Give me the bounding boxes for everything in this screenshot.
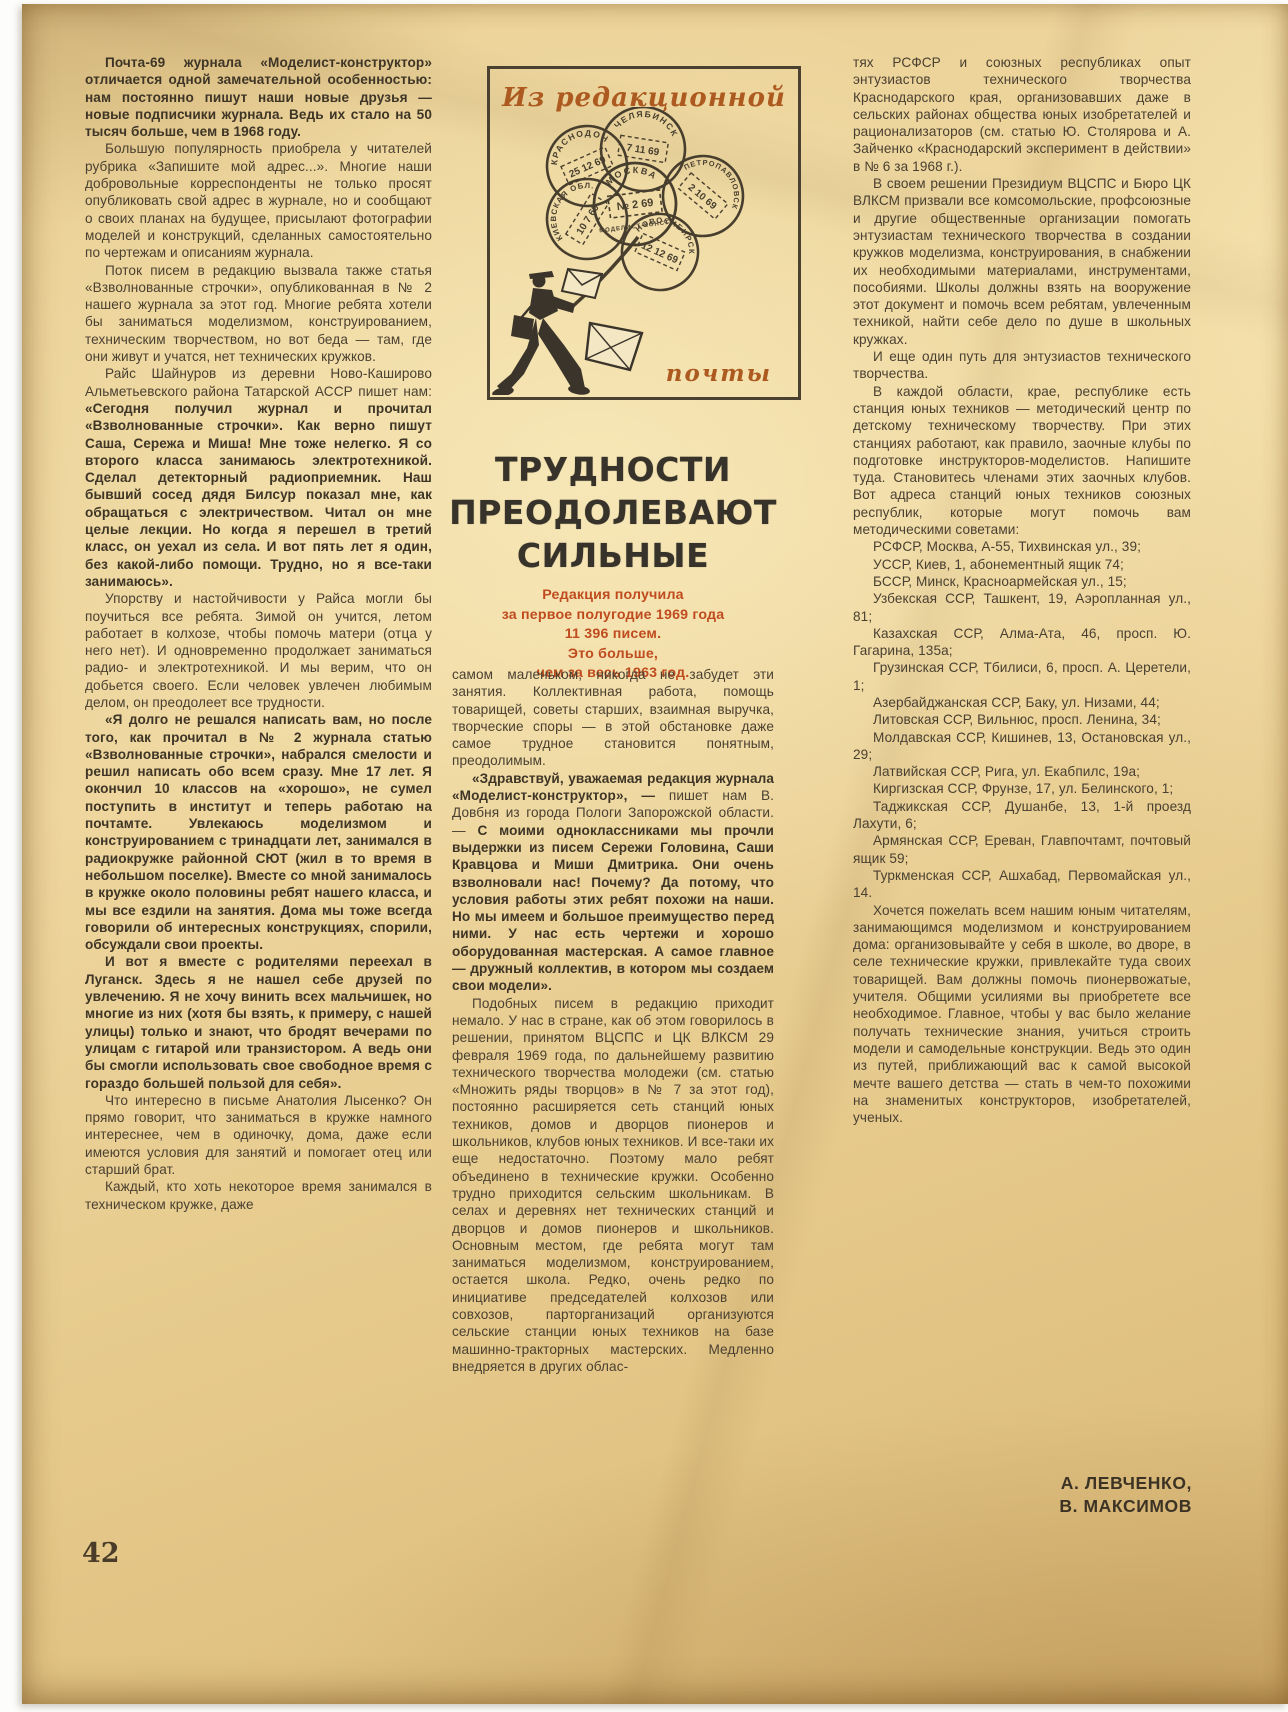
- column-left: Почта-69 журнала «Моделист-конструктор» …: [85, 54, 432, 1213]
- article-title: ТРУДНОСТИ ПРЕОДОЛЕВАЮТ СИЛЬНЫЕ: [448, 448, 778, 577]
- author-name: В. МАКСИМОВ: [900, 1495, 1192, 1518]
- paragraph: Что интересно в письме Анатолия Лысенко?…: [85, 1092, 432, 1178]
- text-run: Райс Шайнуров из деревни Ново-Каширово А…: [85, 366, 432, 398]
- paragraph: Подобных писем в редакцию приходит немал…: [452, 995, 774, 1376]
- column-middle: самом маленьком, никогда не забудет эти …: [452, 666, 774, 1375]
- author-name: А. ЛЕВЧЕНКО,: [900, 1472, 1192, 1495]
- editorial-mail-box: Из редакционной КРАСНОДОН 25 12 69 ЧЕЛЯБ…: [487, 66, 801, 400]
- address-item: Грузинская ССР, Тбилиси, 6, просп. А. Це…: [853, 659, 1191, 694]
- author-signature: А. ЛЕВЧЕНКО, В. МАКСИМОВ: [900, 1472, 1192, 1518]
- address-item: Армянская ССР, Ереван, Главпочтамт, почт…: [853, 832, 1191, 867]
- kite-envelope: [586, 323, 642, 370]
- address-item: Таджикская ССР, Душанбе, 13, 1-й проезд …: [853, 798, 1191, 833]
- paragraph: Упорству и настойчивости у Райса могли б…: [85, 590, 432, 711]
- page-number: 42: [82, 1538, 120, 1569]
- paragraph: Хочется пожелать всем нашим юным читател…: [853, 902, 1191, 1127]
- paragraph: самом маленьком, никогда не забудет эти …: [452, 666, 774, 770]
- postman-and-stamps-illustration: КРАСНОДОН 25 12 69 ЧЕЛЯБИНСК 7 11 69 ПЕТ…: [490, 107, 798, 395]
- editorial-mail-footer: почты: [666, 360, 772, 387]
- lead-line: Это больше,: [448, 645, 778, 665]
- paragraph: Большую популярность приобрела у читател…: [85, 140, 432, 261]
- article-title-line: ПРЕОДОЛЕВАЮТ: [448, 491, 778, 534]
- paragraph: В каждой области, крае, республике есть …: [853, 383, 1191, 539]
- address-item: Казахская ССР, Алма-Ата, 46, просп. Ю. Г…: [853, 625, 1191, 660]
- paragraph: тях РСФСР и союзных республиках опыт энт…: [853, 54, 1191, 175]
- paragraph: Почта-69 журнала «Моделист-конструктор» …: [85, 54, 432, 140]
- address-item: Литовская ССР, Вильнюс, просп. Ленина, 3…: [853, 711, 1191, 728]
- lead-line: Редакция получила: [448, 586, 778, 606]
- address-item: Киргизская ССР, Фрунзе, 17, ул. Белинско…: [853, 780, 1191, 797]
- paragraph: И вот я вместе с родителями переехал в Л…: [85, 953, 432, 1091]
- address-item: УССР, Киев, 1, абонементный ящик 74;: [853, 556, 1191, 573]
- address-item: РСФСР, Москва, А-55, Тихвинская ул., 39;: [853, 538, 1191, 555]
- paragraph: Поток писем в редакцию вызвала также ста…: [85, 262, 432, 366]
- lead-line: 11 396 писем.: [448, 625, 778, 645]
- paragraph: Каждый, кто хоть некоторое время занимал…: [85, 1178, 432, 1213]
- paragraph: Райс Шайнуров из деревни Ново-Каширово А…: [85, 365, 432, 590]
- text-run: «Сегодня получил журнал и прочитал «Взво…: [85, 401, 432, 589]
- article-title-line: ТРУДНОСТИ: [448, 448, 778, 491]
- paragraph: В своем решении Президиум ВЦСПС и Бюро Ц…: [853, 175, 1191, 348]
- paragraph: «Я долго не решался написать вам, но пос…: [85, 711, 432, 953]
- article-title-line: СИЛЬНЫЕ: [448, 534, 778, 577]
- postmark-stamp: ПЕТРОПАВЛОВСК 2 10 69: [647, 140, 760, 253]
- address-item: Туркменская ССР, Ашхабад, Первомайская у…: [853, 867, 1191, 902]
- address-item: Узбекская ССР, Ташкент, 19, Аэропланная …: [853, 590, 1191, 625]
- address-item: Молдавская ССР, Кишинев, 13, Остановская…: [853, 729, 1191, 764]
- column-right: тях РСФСР и союзных республиках опыт энт…: [853, 54, 1191, 1126]
- svg-text:7 11 69: 7 11 69: [626, 142, 661, 158]
- lead-line: за первое полугодие 1969 года: [448, 606, 778, 626]
- address-item: БССР, Минск, Красноармейская ул., 15;: [853, 573, 1191, 590]
- page-content: Почта-69 журнала «Моделист-конструктор» …: [0, 0, 1288, 1712]
- text-run: С моими одноклассниками мы прочли выдерж…: [452, 823, 774, 994]
- address-item: Азербайджанская ССР, Баку, ул. Низами, 4…: [853, 694, 1191, 711]
- scanned-magazine-page: Почта-69 журнала «Моделист-конструктор» …: [0, 0, 1288, 1712]
- paragraph: И еще один путь для энтузиастов техничес…: [853, 348, 1191, 383]
- address-item: Латвийская ССР, Рига, ул. Екабпилс, 19а;: [853, 763, 1191, 780]
- paragraph: «Здравствуй, уважаемая редакция журнала …: [452, 770, 774, 995]
- small-envelope: [562, 269, 602, 298]
